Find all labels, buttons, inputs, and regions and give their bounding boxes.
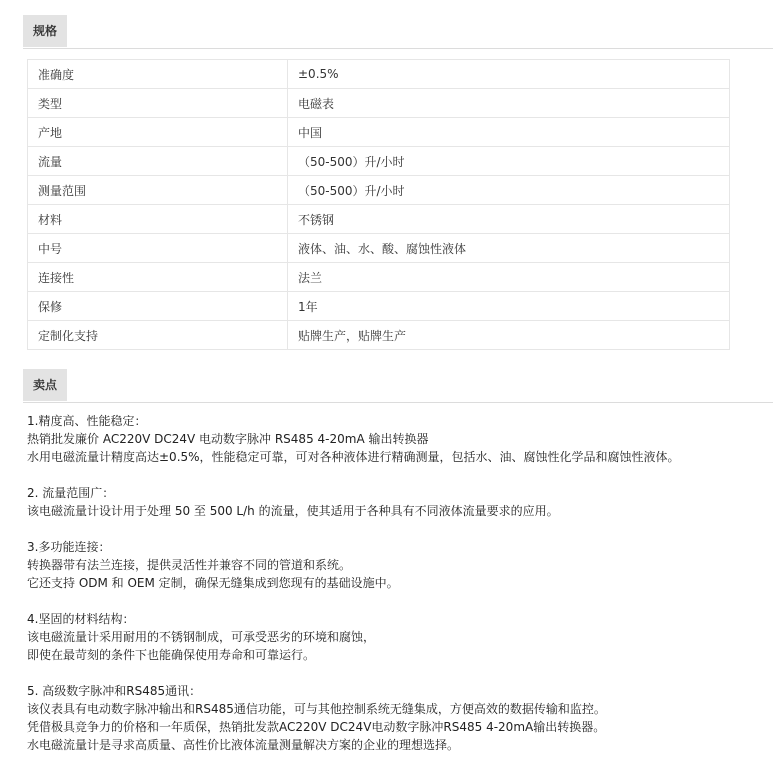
selling-point-text: 它还支持 ODM 和 OEM 定制，确保无缝集成到您现有的基础设施中。 bbox=[27, 574, 772, 592]
spec-value: 贴牌生产，贴牌生产 bbox=[288, 321, 730, 350]
spec-row: 连接性法兰 bbox=[28, 263, 730, 292]
selling-point-heading: 5. 高级数字脉冲和RS485通讯： bbox=[27, 682, 772, 700]
spec-row: 中号液体、油、水、酸、腐蚀性液体 bbox=[28, 234, 730, 263]
selling-point-text: 水用电磁流量计精度高达±0.5%，性能稳定可靠，可对各种液体进行精确测量，包括水… bbox=[27, 448, 772, 466]
selling-point: 4.坚固的材料结构： 该电磁流量计采用耐用的不锈钢制成，可承受恶劣的环境和腐蚀，… bbox=[27, 610, 772, 664]
spec-value: 不锈钢 bbox=[288, 205, 730, 234]
spec-row: 类型电磁表 bbox=[28, 89, 730, 118]
selling-point-text: 该电磁流量计采用耐用的不锈钢制成，可承受恶劣的环境和腐蚀， bbox=[27, 628, 772, 646]
selling-point: 2. 流量范围广： 该电磁流量计设计用于处理 50 至 500 L/h 的流量，… bbox=[27, 484, 772, 520]
spec-row: 产地中国 bbox=[28, 118, 730, 147]
spec-label: 测量范围 bbox=[28, 176, 288, 205]
spec-row: 定制化支持贴牌生产，贴牌生产 bbox=[28, 321, 730, 350]
spec-value: （50-500）升/小时 bbox=[288, 147, 730, 176]
spec-label: 保修 bbox=[28, 292, 288, 321]
selling-point-heading: 3.多功能连接： bbox=[27, 538, 772, 556]
spec-label: 中号 bbox=[28, 234, 288, 263]
spec-value: 1年 bbox=[288, 292, 730, 321]
selling-point-heading: 4.坚固的材料结构： bbox=[27, 610, 772, 628]
selling-point: 3.多功能连接： 转换器带有法兰连接，提供灵活性并兼容不同的管道和系统。 它还支… bbox=[27, 538, 772, 592]
selling-point-heading: 2. 流量范围广： bbox=[27, 484, 772, 502]
spec-row: 流量（50-500）升/小时 bbox=[28, 147, 730, 176]
selling-section-header: 卖点 bbox=[23, 369, 773, 403]
spec-value: ±0.5% bbox=[288, 60, 730, 89]
spec-value: 法兰 bbox=[288, 263, 730, 292]
spec-row: 材料不锈钢 bbox=[28, 205, 730, 234]
spec-section-header: 规格 bbox=[23, 15, 773, 49]
spec-value: 电磁表 bbox=[288, 89, 730, 118]
selling-point-text: 转换器带有法兰连接，提供灵活性并兼容不同的管道和系统。 bbox=[27, 556, 772, 574]
selling-section-tab: 卖点 bbox=[23, 369, 67, 401]
spec-label: 准确度 bbox=[28, 60, 288, 89]
spec-value: （50-500）升/小时 bbox=[288, 176, 730, 205]
spec-label: 流量 bbox=[28, 147, 288, 176]
selling-point: 5. 高级数字脉冲和RS485通讯： 该仪表具有电动数字脉冲输出和RS485通信… bbox=[27, 682, 772, 754]
selling-point: 1.精度高、性能稳定： 热销批发廉价 AC220V DC24V 电动数字脉冲 R… bbox=[27, 412, 772, 466]
selling-point-text: 热销批发廉价 AC220V DC24V 电动数字脉冲 RS485 4-20mA … bbox=[27, 430, 772, 448]
spec-value: 中国 bbox=[288, 118, 730, 147]
selling-point-text: 该仪表具有电动数字脉冲输出和RS485通信功能，可与其他控制系统无缝集成，方便高… bbox=[27, 700, 772, 718]
spec-table: 准确度±0.5% 类型电磁表 产地中国 流量（50-500）升/小时 测量范围（… bbox=[27, 59, 730, 350]
spec-row: 保修1年 bbox=[28, 292, 730, 321]
spec-label: 类型 bbox=[28, 89, 288, 118]
spec-row: 准确度±0.5% bbox=[28, 60, 730, 89]
selling-point-text: 即使在最苛刻的条件下也能确保使用寿命和可靠运行。 bbox=[27, 646, 772, 664]
spec-label: 产地 bbox=[28, 118, 288, 147]
spec-label: 定制化支持 bbox=[28, 321, 288, 350]
selling-point-heading: 1.精度高、性能稳定： bbox=[27, 412, 772, 430]
spec-label: 连接性 bbox=[28, 263, 288, 292]
spec-section-tab: 规格 bbox=[23, 15, 67, 47]
selling-points: 1.精度高、性能稳定： 热销批发廉价 AC220V DC24V 电动数字脉冲 R… bbox=[27, 412, 772, 772]
spec-row: 测量范围（50-500）升/小时 bbox=[28, 176, 730, 205]
spec-value: 液体、油、水、酸、腐蚀性液体 bbox=[288, 234, 730, 263]
spec-label: 材料 bbox=[28, 205, 288, 234]
selling-point-text: 水电磁流量计是寻求高质量、高性价比液体流量测量解决方案的企业的理想选择。 bbox=[27, 736, 772, 754]
selling-point-text: 该电磁流量计设计用于处理 50 至 500 L/h 的流量，使其适用于各种具有不… bbox=[27, 502, 772, 520]
selling-point-text: 凭借极具竞争力的价格和一年质保，热销批发款AC220V DC24V电动数字脉冲R… bbox=[27, 718, 772, 736]
